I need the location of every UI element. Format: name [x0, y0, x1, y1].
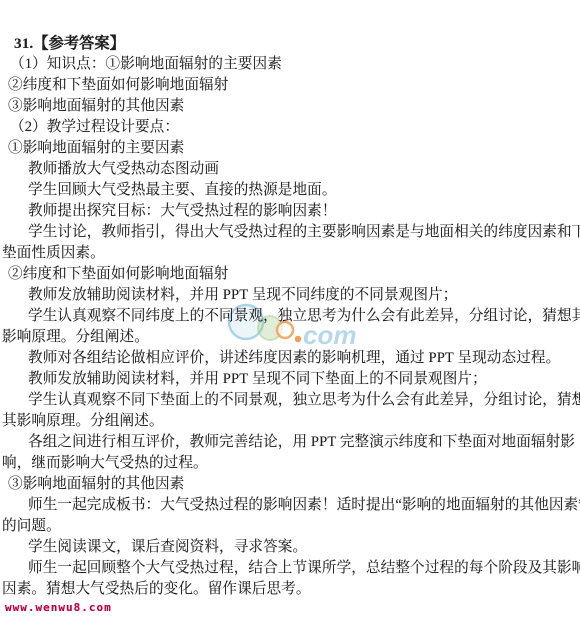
text-line: （2）教学过程设计要点： [0, 117, 580, 138]
text-line: 因素。猜想大气受热后的变化。留作课后思考。 [0, 579, 580, 600]
text-line: 教师对各组结论做相应评价，讲述纬度因素的影响机理，通过 PPT 呈现动态过程。 [0, 348, 580, 369]
text-line: 学生讨论，教师指引，得出大气受热过程的主要影响因素是与地面相关的纬度因素和下 [0, 222, 580, 243]
text-line: 学生认真观察不同纬度上的不同景观，独立思考为什么会有此差异，分组讨论，猜想其 [0, 306, 580, 327]
text-line: ①影响地面辐射的主要因素 [0, 138, 580, 159]
text-line: 教师播放大气受热动态图动画 [0, 159, 580, 180]
answer-document: 31.【参考答案】（1）知识点：①影响地面辐射的主要因素②纬度和下垫面如何影响地… [0, 33, 580, 600]
text-line: 教师发放辅助阅读材料，并用 PPT 呈现不同纬度的不同景观图片； [0, 285, 580, 306]
text-line: 学生认真观察不同下垫面上的不同景观，独立思考为什么会有此差异，分组讨论，猜想 [0, 390, 580, 411]
text-line: 师生一起完成板书：大气受热过程的影响因素！适时提出“影响的地面辐射的其他因素” [0, 495, 580, 516]
text-line: （1）知识点：①影响地面辐射的主要因素 [0, 54, 580, 75]
text-line: 学生回顾大气受热最主要、直接的热源是地面。 [0, 180, 580, 201]
text-line: 学生阅读课文，课后查阅资料，寻求答案。 [0, 537, 580, 558]
text-line: 各组之间进行相互评价，教师完善结论，用 PPT 完整演示纬度和下垫面对地面辐射影 [0, 432, 580, 453]
text-line: 教师发放辅助阅读材料，并用 PPT 呈现不同下垫面上的不同景观图片； [0, 369, 580, 390]
text-line: 的问题。 [0, 516, 580, 537]
text-line: 教师提出探究目标：大气受热过程的影响因素！ [0, 201, 580, 222]
text-line: ②纬度和下垫面如何影响地面辐射 [0, 75, 580, 96]
text-line: 其影响原理。分组阐述。 [0, 411, 580, 432]
text-line: ③影响地面辐射的其他因素 [0, 474, 580, 495]
page: { "document": { "lines": [ {"cls": "titl… [0, 0, 580, 630]
text-line: 响，继而影响大气受热的过程。 [0, 453, 580, 474]
text-line: 影响原理。分组阐述。 [0, 327, 580, 348]
text-line: 垫面性质因素。 [0, 243, 580, 264]
site-watermark: www.wenwu8.com [5, 601, 112, 614]
text-line: 师生一起回顾整个大气受热过程，结合上节课所学，总结整个过程的每个阶段及其影响 [0, 558, 580, 579]
text-line: ③影响地面辐射的其他因素 [0, 96, 580, 117]
text-line: 31.【参考答案】 [0, 33, 580, 54]
text-line: ②纬度和下垫面如何影响地面辐射 [0, 264, 580, 285]
